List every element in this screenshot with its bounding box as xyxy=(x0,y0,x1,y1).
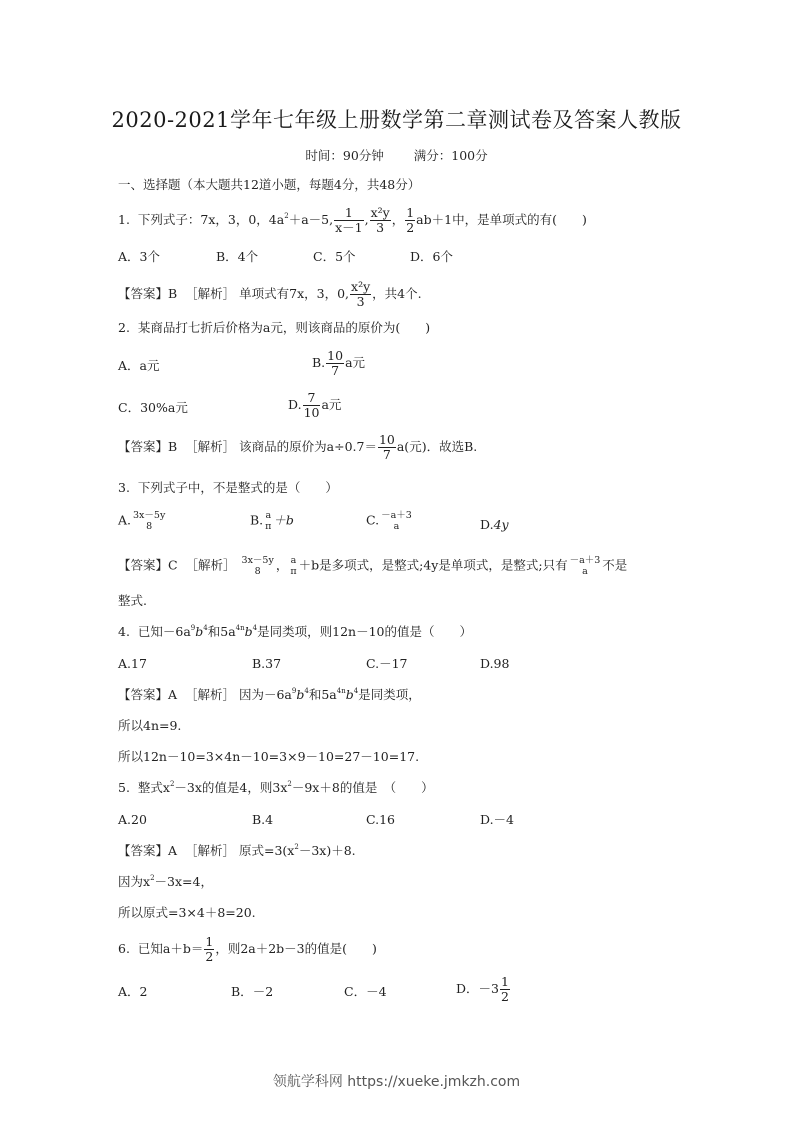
question-1-option-d: D．6个 xyxy=(410,248,453,266)
question-3-option-a: A.3x－5y8 xyxy=(118,510,167,532)
question-4-answer: 【答案】A ［解析］ 因为－6a9b4和5a4nb4是同类项， xyxy=(118,686,421,704)
section-heading: 一、选择题（本大题共12道小题，每题4分，共48分） xyxy=(118,176,420,194)
time-label: 时间：90分钟 xyxy=(305,148,383,163)
question-3-option-d: D.4y xyxy=(480,516,509,534)
question-4-answer-line2: 所以4n=9. xyxy=(118,717,181,735)
question-1-stem: 1. 下列式子：7x，3，0，4a2＋a－5,1x－1,x²y3，12ab＋1中… xyxy=(118,206,587,235)
question-2-answer: 【答案】B ［解析］ 该商品的原价为a÷0.7＝107a(元)．故选B. xyxy=(118,433,477,462)
question-4-option-b: B.37 xyxy=(252,655,281,673)
fraction: 1x－1 xyxy=(334,206,364,235)
question-4-answer-line3: 所以12n－10=3×4n－10=3×9－10=27－10=17. xyxy=(118,748,419,766)
question-5-answer-line3: 所以原式=3×4＋8=20. xyxy=(118,904,256,922)
question-2-option-c: C．30%a元 xyxy=(118,399,188,417)
question-6-option-d: D．－312 xyxy=(456,975,511,1004)
question-4-option-a: A.17 xyxy=(118,655,147,673)
fraction: 12 xyxy=(405,206,415,235)
document-title: 2020-2021学年七年级上册数学第二章测试卷及答案人教版 xyxy=(0,104,793,134)
question-1-option-a: A．3个 xyxy=(118,248,160,266)
question-2-option-d: D.710a元 xyxy=(288,391,341,420)
exam-meta: 时间：90分钟 满分：100分 xyxy=(0,146,793,164)
question-6-stem: 6. 已知a＋b＝12，则2a＋2b－3的值是( ) xyxy=(118,935,377,964)
question-1-option-b: B．4个 xyxy=(216,248,258,266)
question-3-option-c: C.－a＋3a xyxy=(366,510,414,532)
question-1-answer: 【答案】B ［解析］ 单项式有7x，3，0,x²y3，共4个. xyxy=(118,280,422,309)
question-6-option-a: A．2 xyxy=(118,983,147,1001)
question-2-option-b: B.107a元 xyxy=(312,349,365,378)
question-6-option-c: C．－4 xyxy=(344,983,387,1001)
question-5-answer: 【答案】A ［解析］ 原式=3(x2－3x)＋8. xyxy=(118,842,356,860)
question-2-stem: 2. 某商品打七折后价格为a元，则该商品的原价为( ) xyxy=(118,319,430,337)
question-5-option-d: D.－4 xyxy=(480,811,514,829)
footer-watermark: 领航学科网 https://xueke.jmkzh.com xyxy=(0,1071,793,1091)
question-5-option-b: B.4 xyxy=(252,811,273,829)
question-5-option-c: C.16 xyxy=(366,811,395,829)
question-3-stem: 3. 下列式子中，不是整式的是（ ） xyxy=(118,479,338,497)
question-4-stem: 4. 已知－6a9b4和5a4nb4是同类项，则12n－10的值是（ ） xyxy=(118,623,472,641)
question-4-option-d: D.98 xyxy=(480,655,509,673)
score-label: 满分：100分 xyxy=(414,148,488,163)
question-1-option-c: C．5个 xyxy=(313,248,356,266)
question-2-option-a: A．a元 xyxy=(118,357,159,375)
question-3-answer-line2: 整式. xyxy=(118,592,147,610)
question-3-answer: 【答案】C ［解析］ 3x－5y8，aπ＋b是多项式，是整式;4y是单项式，是整… xyxy=(118,555,627,577)
question-6-option-b: B．－2 xyxy=(231,983,273,1001)
question-4-option-c: C.－17 xyxy=(366,655,408,673)
question-5-stem: 5. 整式x2－3x的值是4，则3x2－9x＋8的值是 （ ） xyxy=(118,779,434,797)
fraction: x²y3 xyxy=(370,206,391,235)
question-3-option-b: B.aπ＋b xyxy=(250,510,294,532)
question-5-answer-line2: 因为x2－3x=4， xyxy=(118,873,213,891)
question-5-option-a: A.20 xyxy=(118,811,147,829)
